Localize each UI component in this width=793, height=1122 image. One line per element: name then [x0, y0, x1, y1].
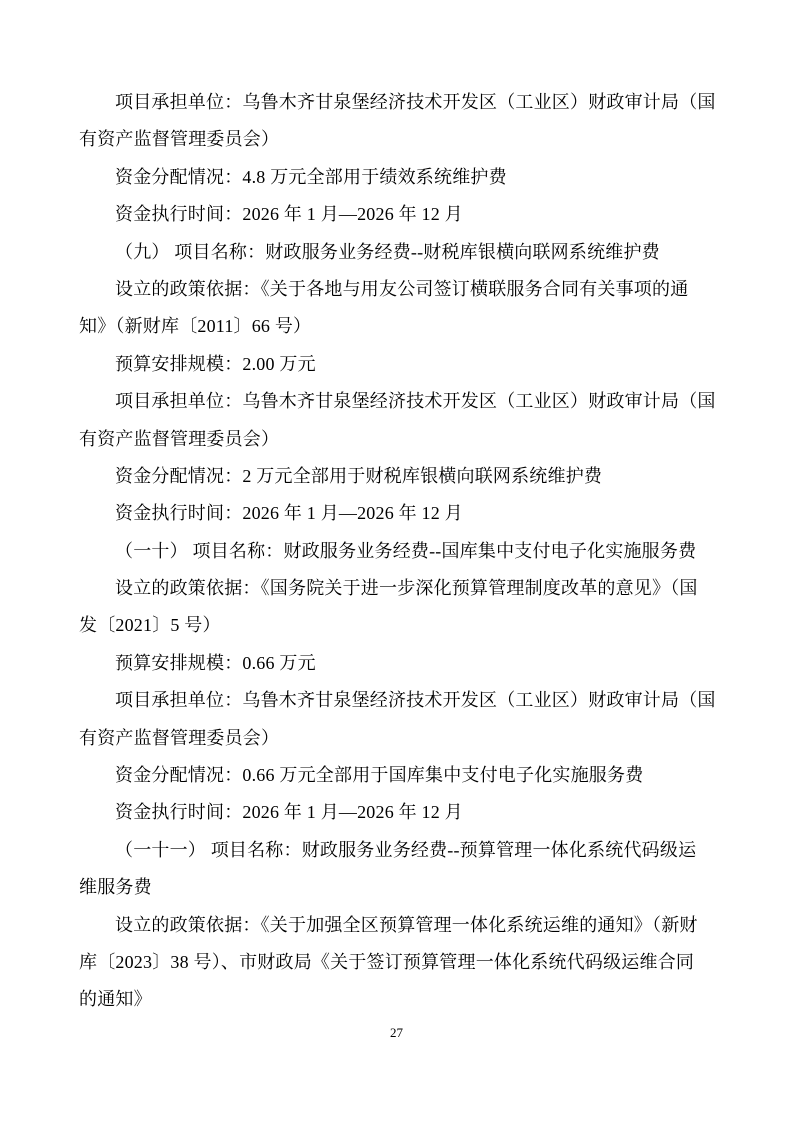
- line-continuation: 的通知》: [79, 981, 720, 1018]
- line-policy-basis: 设立的政策依据：《关于加强全区预算管理一体化系统运维的通知》（新财: [79, 907, 720, 944]
- line-continuation: 维服务费: [79, 869, 720, 906]
- line-project-undertaker: 项目承担单位：乌鲁木齐甘泉堡经济技术开发区（工业区）财政审计局（国: [79, 682, 720, 719]
- line-project-undertaker: 项目承担单位：乌鲁木齐甘泉堡经济技术开发区（工业区）财政审计局（国: [79, 383, 720, 420]
- line-policy-basis: 设立的政策依据：《关于各地与用友公司签订横联服务合同有关事项的通: [79, 271, 720, 308]
- line-continuation: 有资产监督管理委员会）: [79, 121, 720, 158]
- line-continuation: 有资产监督管理委员会）: [79, 421, 720, 458]
- line-project-name-10: （一十） 项目名称：财政服务业务经费--国库集中支付电子化实施服务费: [79, 533, 720, 570]
- line-execution-time: 资金执行时间：2026 年 1 月—2026 年 12 月: [79, 196, 720, 233]
- document-text-block: 项目承担单位：乌鲁木齐甘泉堡经济技术开发区（工业区）财政审计局（国 有资产监督管…: [79, 84, 720, 1019]
- line-fund-allocation: 资金分配情况：2 万元全部用于财税库银横向联网系统维护费: [79, 458, 720, 495]
- line-continuation: 知》（新财库〔2011〕66 号）: [79, 308, 720, 345]
- page-number: 27: [0, 1024, 793, 1042]
- line-fund-allocation: 资金分配情况：0.66 万元全部用于国库集中支付电子化实施服务费: [79, 757, 720, 794]
- line-continuation: 库〔2023〕38 号）、市财政局《关于签订预算管理一体化系统代码级运维合同: [79, 944, 720, 981]
- document-page: 项目承担单位：乌鲁木齐甘泉堡经济技术开发区（工业区）财政审计局（国 有资产监督管…: [0, 0, 793, 1122]
- line-project-name-11: （一十一） 项目名称：财政服务业务经费--预算管理一体化系统代码级运: [79, 832, 720, 869]
- line-budget-scale: 预算安排规模：0.66 万元: [79, 645, 720, 682]
- line-continuation: 发〔2021〕5 号）: [79, 607, 720, 644]
- line-execution-time: 资金执行时间：2026 年 1 月—2026 年 12 月: [79, 495, 720, 532]
- line-continuation: 有资产监督管理委员会）: [79, 720, 720, 757]
- line-policy-basis: 设立的政策依据：《国务院关于进一步深化预算管理制度改革的意见》（国: [79, 570, 720, 607]
- line-fund-allocation: 资金分配情况：4.8 万元全部用于绩效系统维护费: [79, 159, 720, 196]
- line-project-name-9: （九） 项目名称：财政服务业务经费--财税库银横向联网系统维护费: [79, 234, 720, 271]
- line-project-undertaker: 项目承担单位：乌鲁木齐甘泉堡经济技术开发区（工业区）财政审计局（国: [79, 84, 720, 121]
- line-budget-scale: 预算安排规模：2.00 万元: [79, 346, 720, 383]
- line-execution-time: 资金执行时间：2026 年 1 月—2026 年 12 月: [79, 794, 720, 831]
